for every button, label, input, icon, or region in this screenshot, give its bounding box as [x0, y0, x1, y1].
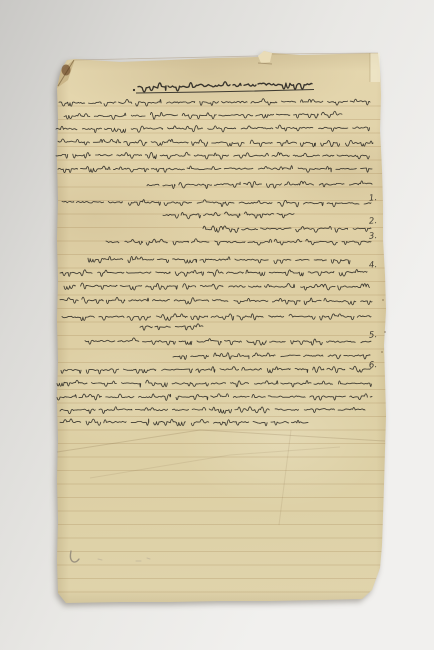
item-number: 3. [369, 231, 386, 241]
manuscript-photo: 1. 2. 3. 4. 5. 6. [0, 0, 434, 650]
paper-shadow-wrap [0, 0, 434, 650]
item-number: 5. [369, 330, 386, 340]
item-number: 4. [369, 260, 386, 270]
ruled-lines [55, 93, 388, 599]
item-number: 2. [369, 216, 386, 226]
item-number: 6. [369, 360, 386, 370]
manuscript-paper [55, 49, 388, 605]
item-number: 1. [369, 193, 386, 203]
